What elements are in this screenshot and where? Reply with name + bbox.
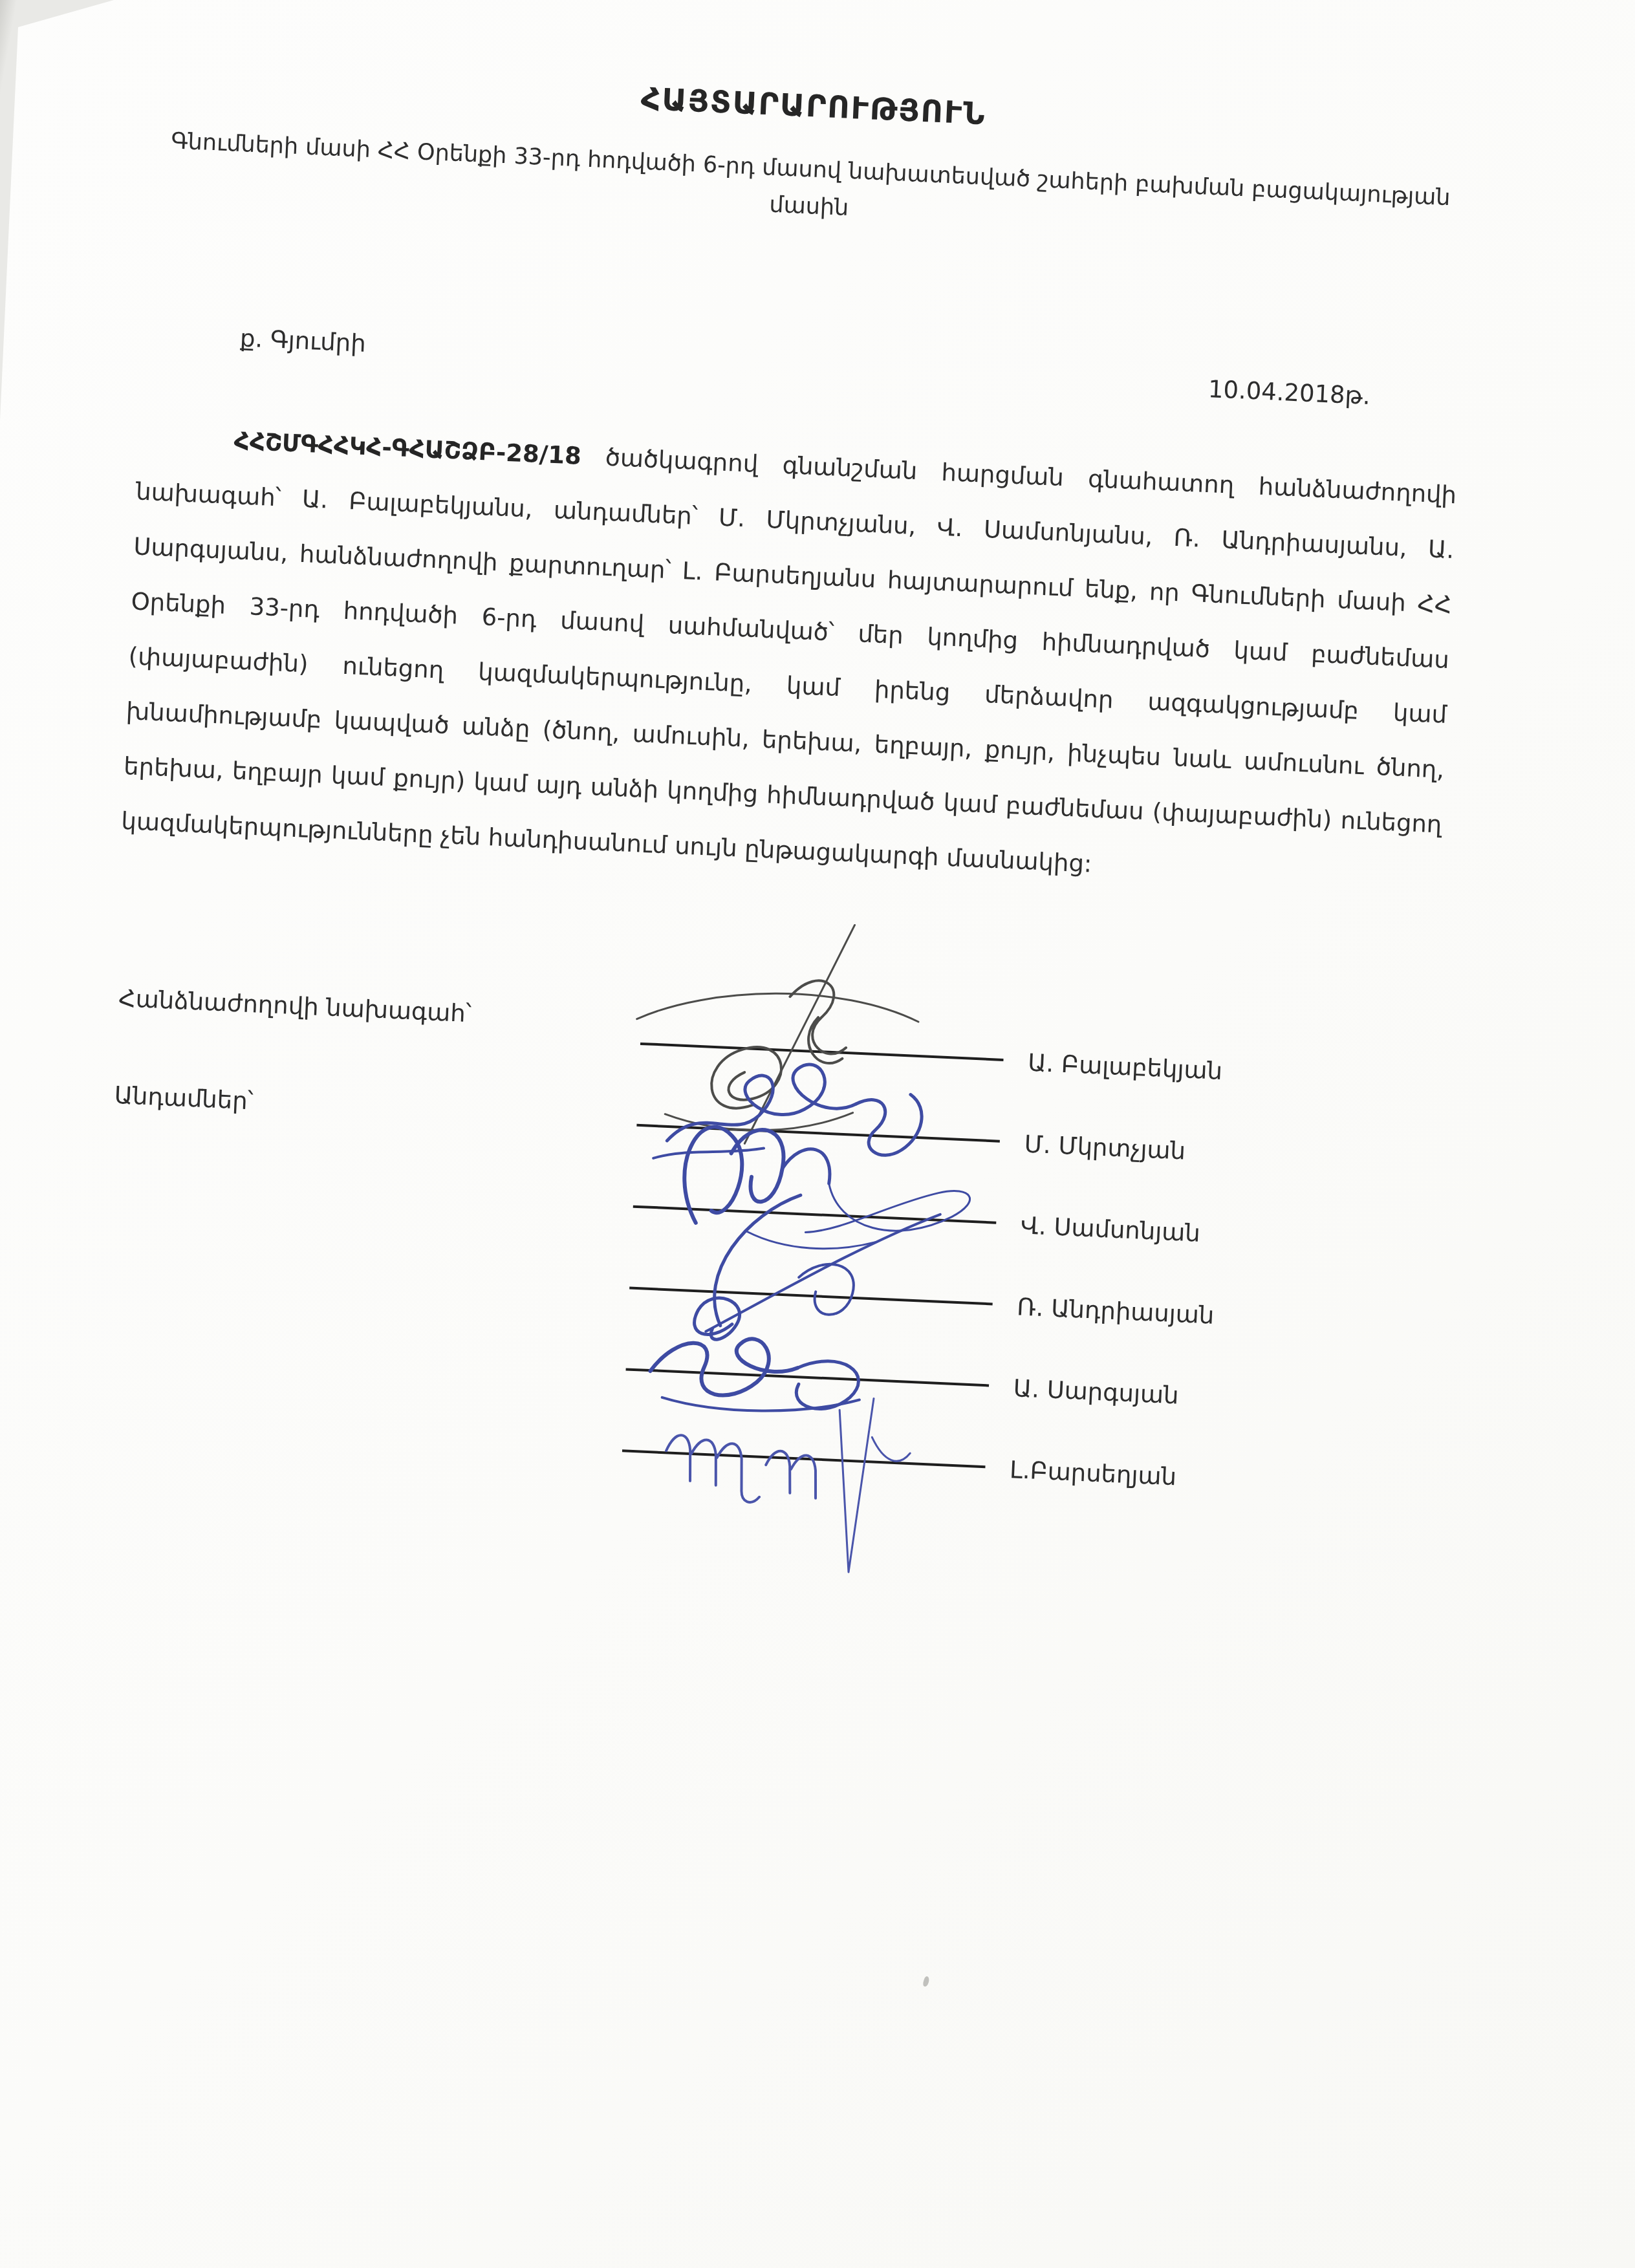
signature-line (636, 1124, 1000, 1143)
body-text: ծածկագրով գնանշման հարցման գնահատող հանձ… (121, 442, 1457, 878)
signature-line (626, 1368, 990, 1387)
signer-name: Վ. Սամսոնյան (1020, 1211, 1244, 1249)
signer-name: Ա. Բալաբեկյան (1027, 1049, 1251, 1086)
procurement-code: ՀՀՇՄԳՀՀԿՀ-ԳՀԱՇՁԲ-28/18 (233, 427, 582, 470)
date-label: 10.04.2018թ. (1207, 375, 1371, 410)
signature-line (622, 1449, 986, 1468)
signer-name: Մ. Մկրտչյան (1024, 1130, 1248, 1167)
signature-line (640, 1042, 1004, 1061)
document-content: ՀԱՅՏԱՐԱՐՈՒԹՅՈՒՆ Գնումների մասի ՀՀ Օրենքի… (87, 59, 1473, 1656)
scanned-page: ՀԱՅՏԱՐԱՐՈՒԹՅՈՒՆ Գնումների մասի ՀՀ Օրենքի… (0, 0, 1635, 2268)
body-paragraph: ՀՀՇՄԳՀՀԿՀ-ԳՀԱՇՁԲ-28/18 ծածկագրով գնանշմա… (120, 409, 1458, 907)
signature-line (633, 1205, 997, 1224)
signature-line (629, 1287, 993, 1306)
signature-rows: Ա. Բալաբեկյան Մ. Մկրտչյան (93, 960, 1433, 1507)
signer-name: Լ.Բարսեղյան (1009, 1456, 1233, 1493)
signer-name: Ռ. Անդրիասյան (1017, 1293, 1241, 1330)
city-label: ք. Գյումրի (239, 324, 367, 358)
signer-name: Ա. Սարգսյան (1013, 1374, 1237, 1412)
signature-section: Հանձնաժողովի նախագահ՝ Անդամներ՝ Ա. Բալաբ… (87, 952, 1433, 1657)
meta-row: ք. Գյումրի 10.04.2018թ. (142, 320, 1462, 407)
